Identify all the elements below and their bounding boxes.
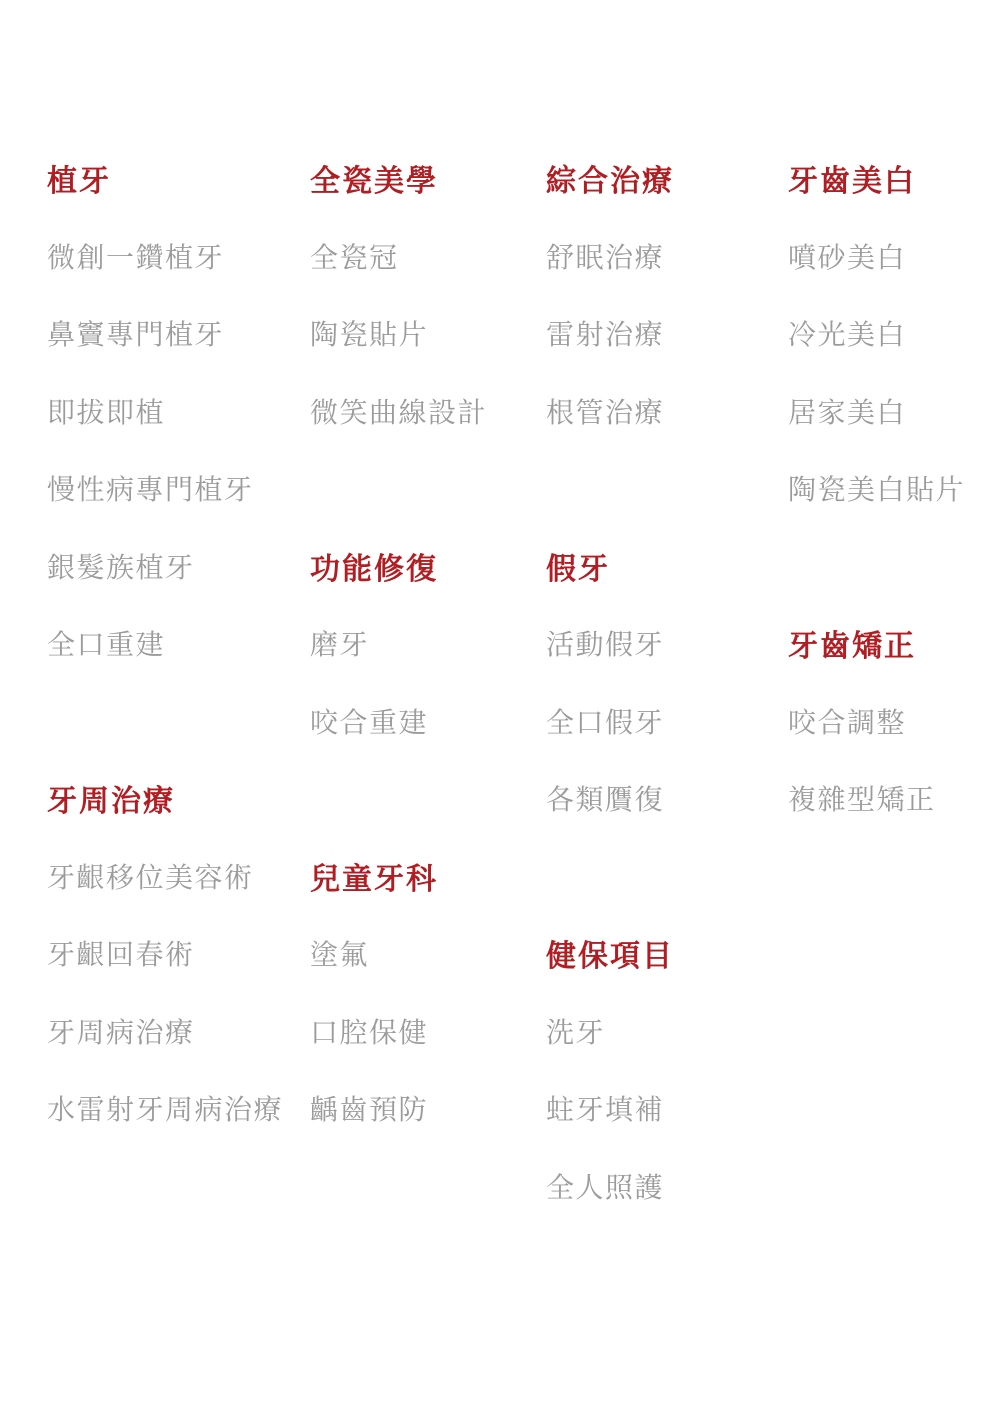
menu-item[interactable]: 全口重建: [47, 627, 310, 663]
menu-item[interactable]: 陶瓷貼片: [310, 317, 546, 353]
menu-item[interactable]: 即拔即植: [47, 395, 310, 431]
menu-item[interactable]: 口腔保健: [310, 1015, 546, 1051]
menu-item[interactable]: 磨牙: [310, 627, 546, 663]
menu-item[interactable]: 銀髮族植牙: [47, 550, 310, 586]
menu-item[interactable]: 冷光美白: [788, 317, 1000, 353]
menu-item[interactable]: 全人照護: [546, 1170, 788, 1206]
section-title: 全瓷美學: [310, 162, 546, 201]
services-menu: 植牙微創一鑽植牙鼻竇專門植牙即拔即植慢性病專門植牙銀髮族植牙全口重建牙周治療牙齦…: [0, 0, 1000, 1408]
section-title: 綜合治療: [546, 162, 788, 201]
menu-item[interactable]: 雷射治療: [546, 317, 788, 353]
menu-item[interactable]: 陶瓷美白貼片: [788, 472, 1000, 508]
section-title: 牙周治療: [47, 782, 310, 821]
section-title: 植牙: [47, 162, 310, 201]
menu-item[interactable]: 複雜型矯正: [788, 782, 1000, 818]
menu-item[interactable]: 根管治療: [546, 395, 788, 431]
menu-item[interactable]: 全瓷冠: [310, 240, 546, 276]
section-title: 牙齒矯正: [788, 627, 1000, 666]
menu-item[interactable]: 塗氟: [310, 937, 546, 973]
menu-item[interactable]: 咬合重建: [310, 705, 546, 741]
section-title: 健保項目: [546, 937, 788, 976]
menu-item[interactable]: 噴砂美白: [788, 240, 1000, 276]
menu-item[interactable]: 齲齒預防: [310, 1092, 546, 1128]
menu-item[interactable]: 活動假牙: [546, 627, 788, 663]
section-title: 功能修復: [310, 550, 546, 589]
section-title: 假牙: [546, 550, 788, 589]
menu-item[interactable]: 水雷射牙周病治療: [47, 1092, 310, 1128]
menu-item[interactable]: 蛀牙填補: [546, 1092, 788, 1128]
menu-item[interactable]: 牙周病治療: [47, 1015, 310, 1051]
menu-item[interactable]: 牙齦移位美容術: [47, 860, 310, 896]
menu-item[interactable]: 居家美白: [788, 395, 1000, 431]
menu-item[interactable]: 微笑曲線設計: [310, 395, 546, 431]
menu-item[interactable]: 微創一鑽植牙: [47, 240, 310, 276]
menu-item[interactable]: 各類贋復: [546, 782, 788, 818]
section-title: 兒童牙科: [310, 860, 546, 899]
section-title: 牙齒美白: [788, 162, 1000, 201]
menu-item[interactable]: 慢性病專門植牙: [47, 472, 310, 508]
menu-item[interactable]: 洗牙: [546, 1015, 788, 1051]
menu-item[interactable]: 舒眠治療: [546, 240, 788, 276]
menu-item[interactable]: 全口假牙: [546, 705, 788, 741]
menu-item[interactable]: 鼻竇專門植牙: [47, 317, 310, 353]
menu-item[interactable]: 牙齦回春術: [47, 937, 310, 973]
menu-item[interactable]: 咬合調整: [788, 705, 1000, 741]
